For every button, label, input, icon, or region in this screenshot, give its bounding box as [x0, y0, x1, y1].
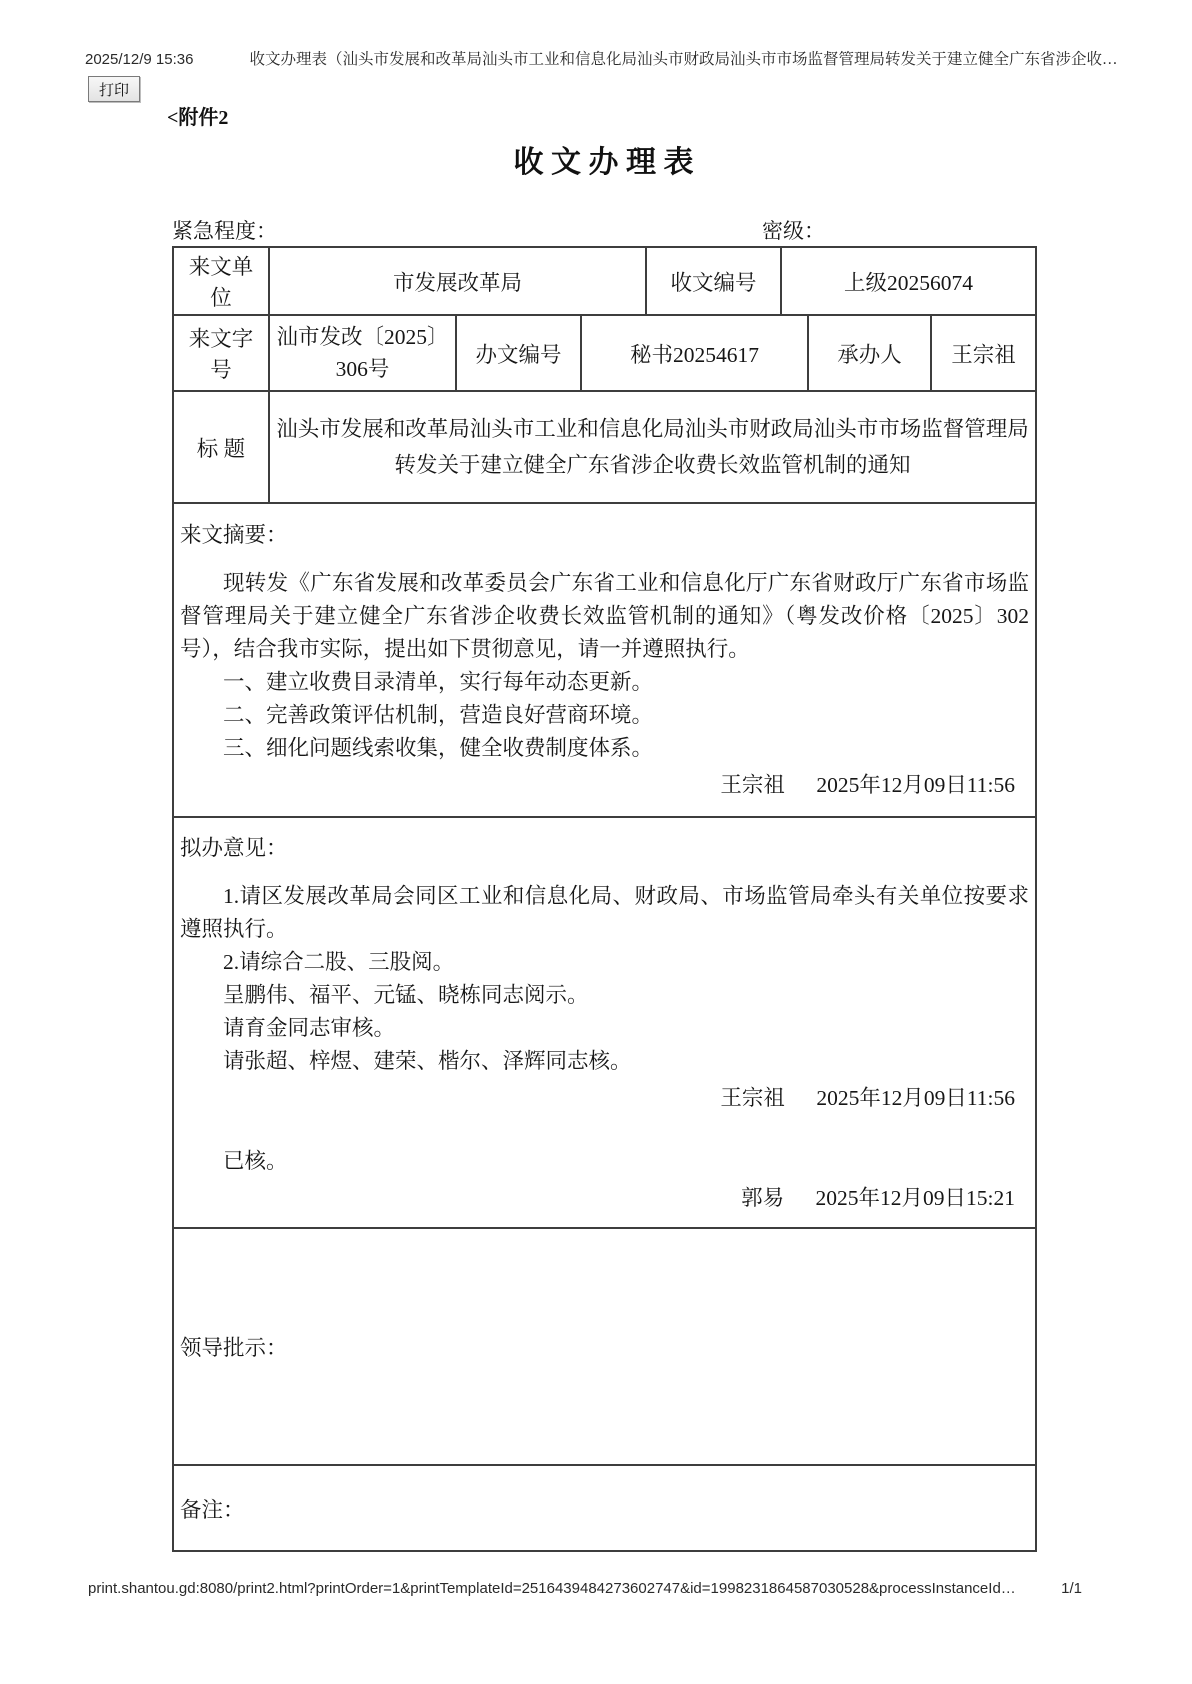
summary-paragraph: 二、完善政策评估机制，营造良好营商环境。: [180, 699, 1029, 732]
table-row: 来文摘要： 现转发《广东省发展和改革委员会广东省工业和信息化厅广东省财政厅广东省…: [173, 503, 1036, 817]
print-header-datetime: 2025/12/9 15:36: [85, 51, 193, 68]
summary-signature: 王宗祖 2025年12月09日11:56: [180, 769, 1029, 802]
summary-signer-name: 王宗祖: [720, 773, 785, 797]
urgency-label: 紧急程度：: [172, 219, 277, 243]
handler-value: 王宗祖: [931, 315, 1036, 391]
opinions-label: 拟办意见：: [180, 831, 1029, 862]
leader-remarks-label: 领导批示：: [180, 1331, 1029, 1362]
opinions-sign2-time: 2025年12月09日15:21: [816, 1186, 1015, 1210]
summary-paragraph: 现转发《广东省发展和改革委员会广东省工业和信息化厅广东省财政厅广东省市场监督管理…: [180, 567, 1029, 666]
approved-text: 已核。: [180, 1145, 1029, 1178]
opinions-paragraph: 2.请综合二股、三股阅。: [180, 946, 1029, 979]
opinions-cell: 拟办意见： 1.请区发展改革局会同区工业和信息化局、财政局、市场监管局牵头有关单…: [173, 817, 1036, 1228]
receipt-no-value: 上级20256074: [781, 247, 1036, 315]
ref-no-label: 来文字号: [173, 315, 269, 391]
opinions-paragraph: 1.请区发展改革局会同区工业和信息化局、财政局、市场监管局牵头有关单位按要求遵照…: [180, 880, 1029, 946]
table-row: 拟办意见： 1.请区发展改革局会同区工业和信息化局、财政局、市场监管局牵头有关单…: [173, 817, 1036, 1228]
opinions-sign1-time: 2025年12月09日11:56: [816, 1086, 1015, 1110]
summary-label: 来文摘要：: [180, 518, 1029, 549]
table-row: 来文字号 汕市发改〔2025〕306号 办文编号 秘书20254617 承办人 …: [173, 315, 1036, 391]
opinions-paragraph: 请育金同志审核。: [180, 1012, 1029, 1045]
title-value: 汕头市发展和改革局汕头市工业和信息化局汕头市财政局汕头市市场监督管理局转发关于建…: [269, 391, 1036, 503]
summary-sign-time: 2025年12月09日11:56: [816, 773, 1015, 797]
table-row: 来文单位 市发展改革局 收文编号 上级20256074: [173, 247, 1036, 315]
pre-table-row: 紧急程度： 密级：: [172, 215, 1035, 245]
table-row: 备注：: [173, 1465, 1036, 1551]
attachment-label: <附件2: [167, 101, 228, 130]
opinions-paragraph: 呈鹏伟、福平、元锰、晓栋同志阅示。: [180, 979, 1029, 1012]
handle-no-value: 秘书20254617: [581, 315, 808, 391]
browser-print-header: 2025/12/9 15:36 收文办理表（汕头市发展和改革局汕头市工业和信息化…: [85, 47, 1162, 69]
summary-paragraph: 一、建立收费目录清单，实行每年动态更新。: [180, 666, 1029, 699]
receipt-no-label: 收文编号: [646, 247, 781, 315]
receipt-form-table: 来文单位 市发展改革局 收文编号 上级20256074 来文字号 汕市发改〔20…: [172, 246, 1037, 1552]
print-button[interactable]: 打印: [88, 76, 140, 102]
source-unit-value: 市发展改革局: [269, 247, 646, 315]
remarks-label: 备注：: [180, 1493, 1029, 1524]
opinions-paragraph: 请张超、梓煜、建荣、楷尔、泽辉同志核。: [180, 1045, 1029, 1078]
source-unit-label: 来文单位: [173, 247, 269, 315]
secrecy-label: 密级：: [762, 215, 825, 245]
opinions-signature-1: 王宗祖 2025年12月09日11:56: [180, 1082, 1029, 1115]
leader-remarks-cell: 领导批示：: [173, 1228, 1036, 1465]
form-title: 收 文 办 理 表: [172, 137, 1035, 181]
opinions-signer2-name: 郭易: [741, 1186, 784, 1210]
print-header-page-title: 收文办理表（汕头市发展和改革局汕头市工业和信息化局汕头市财政局汕头市市场监督管理…: [249, 47, 1162, 69]
print-footer-url: print.shantou.gd:8080/print2.html?printO…: [88, 1580, 1016, 1597]
page-number: 1/1: [1061, 1580, 1082, 1597]
handle-no-label: 办文编号: [456, 315, 581, 391]
opinions-signer1-name: 王宗祖: [720, 1086, 785, 1110]
ref-no-value: 汕市发改〔2025〕306号: [269, 315, 456, 391]
summary-cell: 来文摘要： 现转发《广东省发展和改革委员会广东省工业和信息化厅广东省财政厅广东省…: [173, 503, 1036, 817]
summary-paragraph: 三、细化问题线索收集，健全收费制度体系。: [180, 732, 1029, 765]
browser-print-footer: print.shantou.gd:8080/print2.html?printO…: [88, 1580, 1082, 1597]
table-row: 标 题 汕头市发展和改革局汕头市工业和信息化局汕头市财政局汕头市市场监督管理局转…: [173, 391, 1036, 503]
table-row: 领导批示：: [173, 1228, 1036, 1465]
handler-label: 承办人: [808, 315, 931, 391]
title-label: 标 题: [173, 391, 269, 503]
opinions-signature-2: 郭易 2025年12月09日15:21: [180, 1182, 1029, 1215]
remarks-cell: 备注：: [173, 1465, 1036, 1551]
